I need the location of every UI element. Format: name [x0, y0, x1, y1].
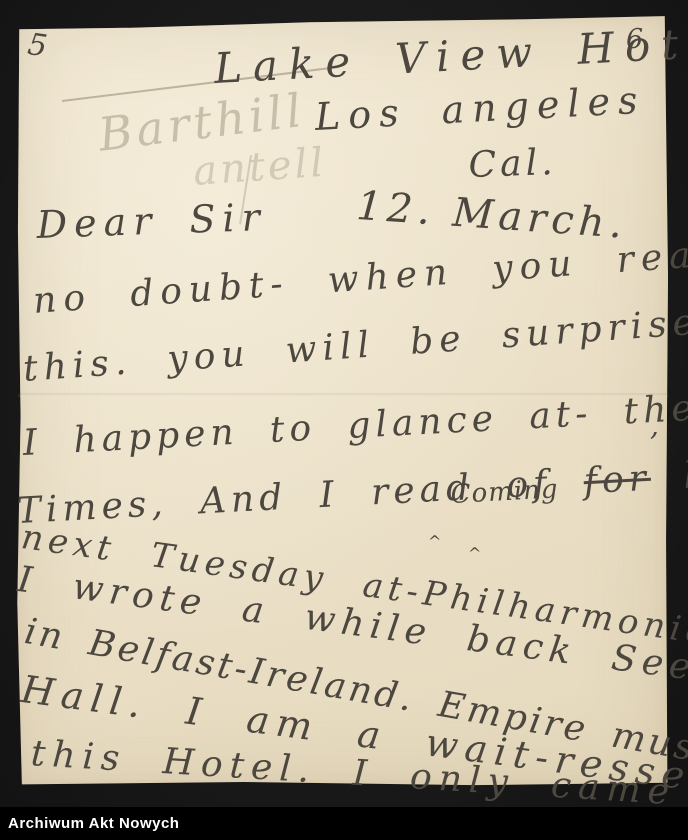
erased-pencil-mark-2: antell — [192, 143, 327, 192]
struck-word: for — [583, 458, 652, 502]
letter-salutation: Dear Sir — [36, 198, 267, 244]
scan-background: 5 6 Barthill antell Lake View Hotel Los … — [0, 0, 688, 840]
archive-watermark: Archiwum Akt Nowych — [0, 815, 179, 832]
body-line-4-suffix: him . — [682, 449, 688, 497]
letter-heading-state: Cal. — [468, 145, 557, 184]
watermark-bar: Archiwum Akt Nowych — [0, 807, 688, 840]
caret-mark: ^ — [468, 546, 481, 562]
caret-mark: ^ — [428, 534, 441, 550]
